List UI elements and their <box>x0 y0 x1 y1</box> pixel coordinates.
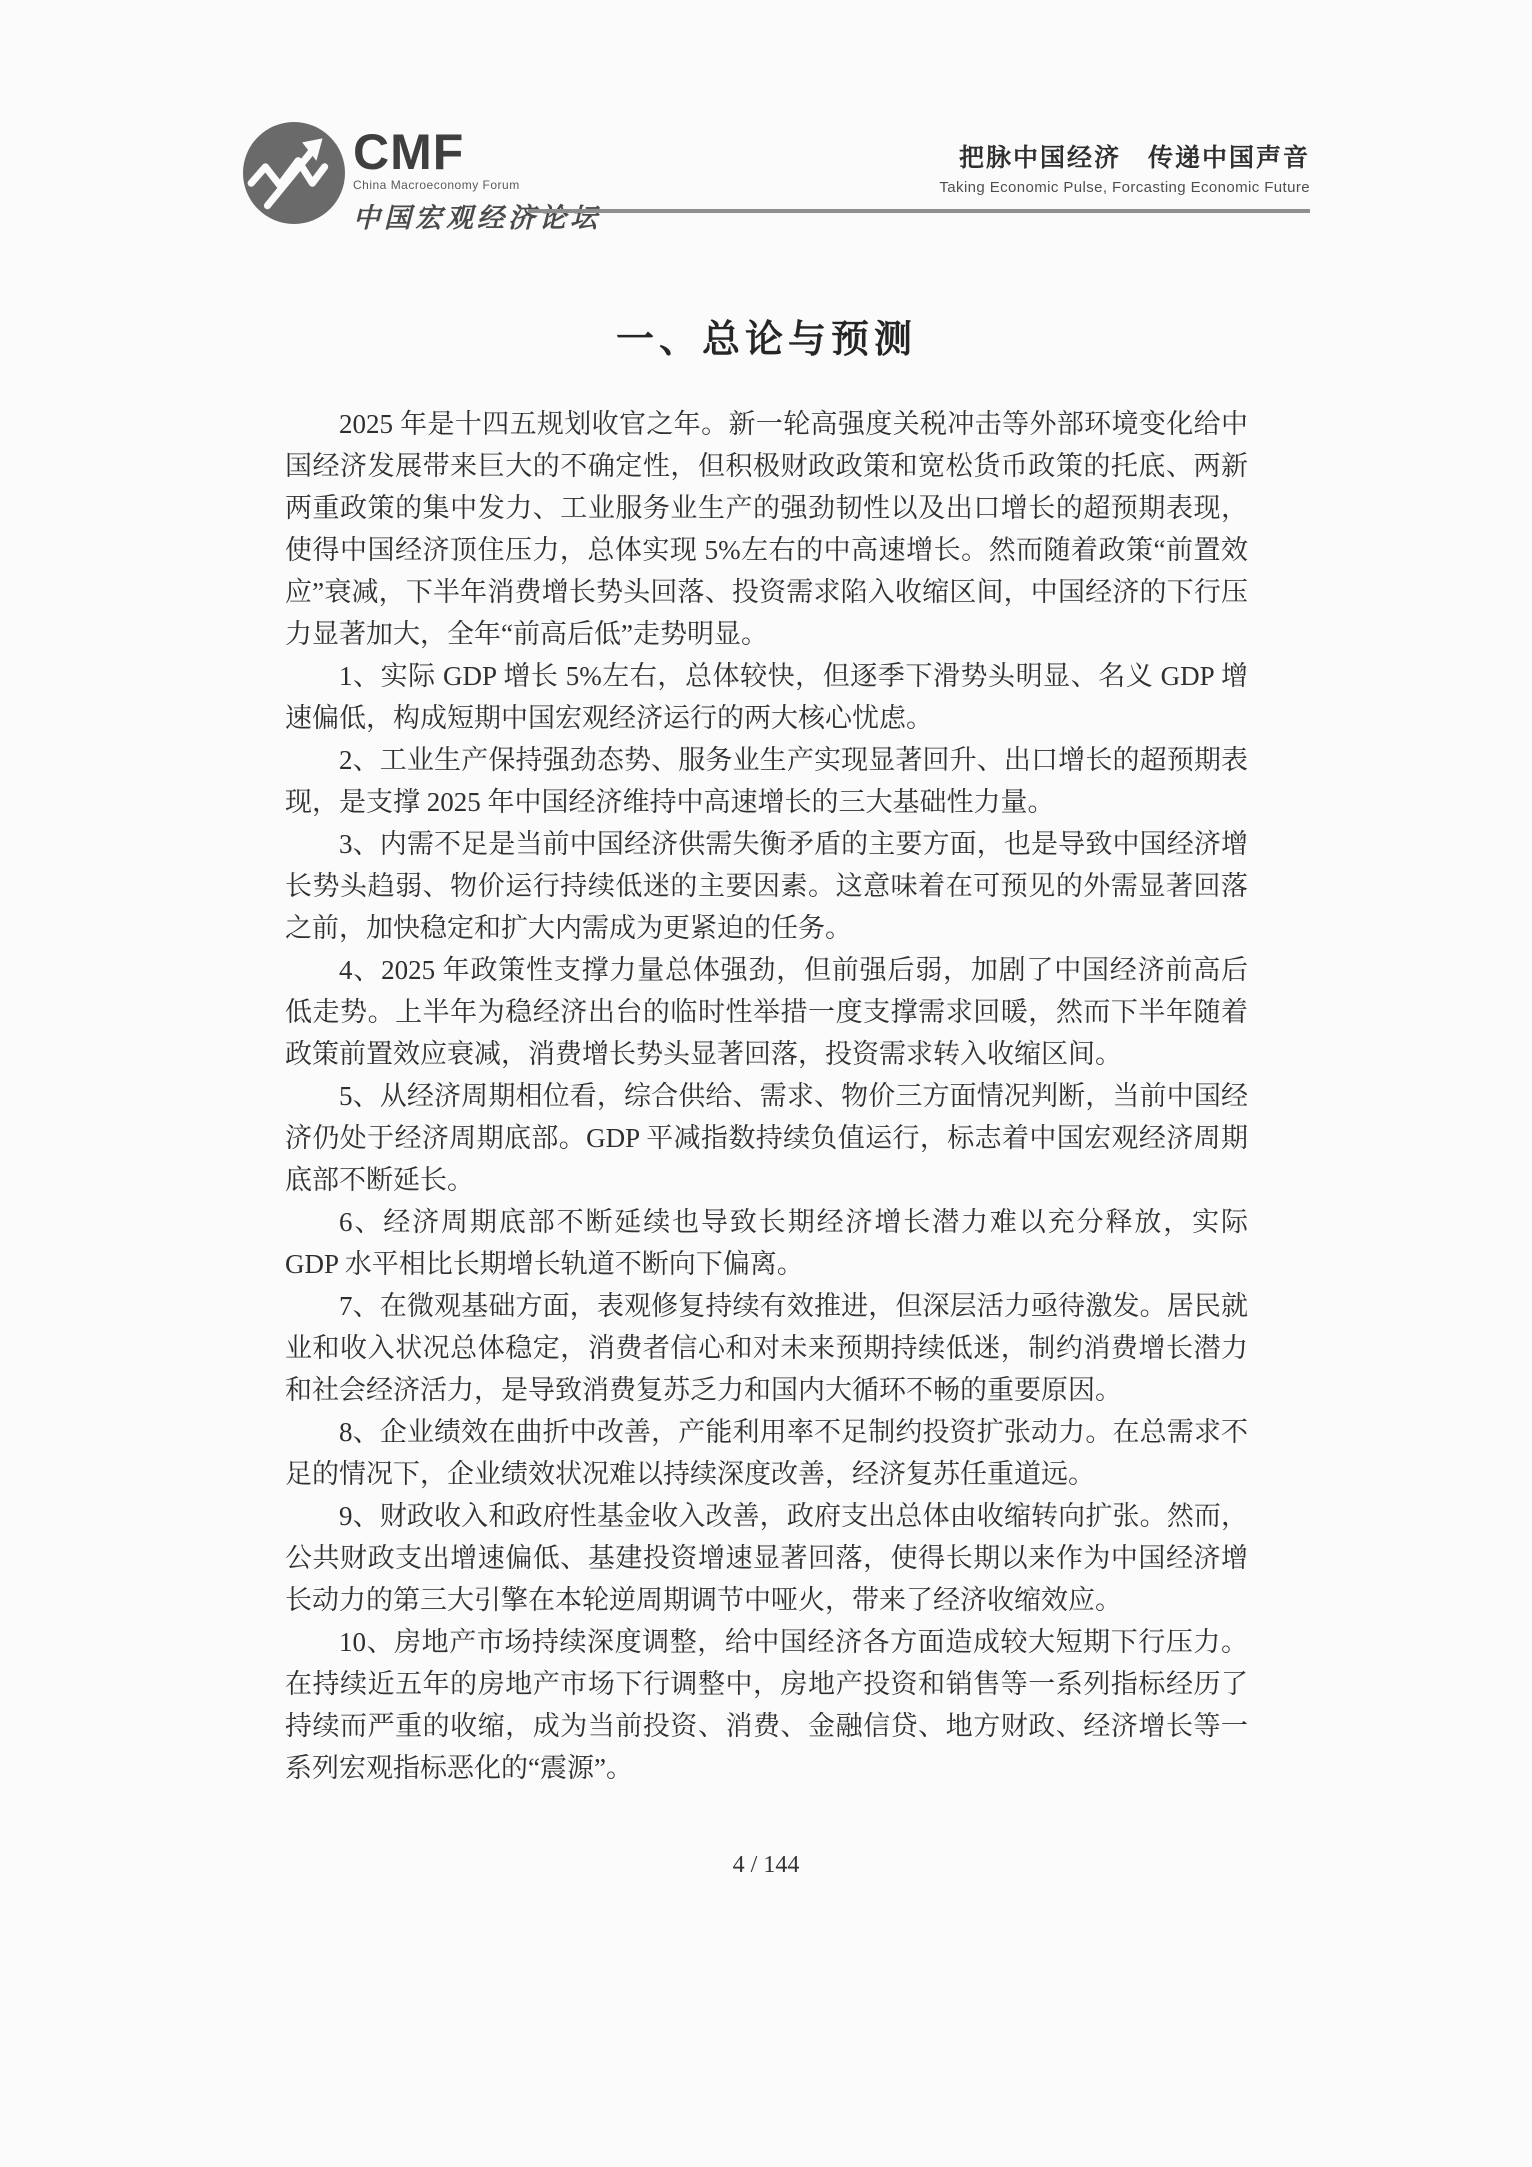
logo-name-cn: 中国宏观经济论坛 <box>353 196 601 235</box>
trend-chart-arrow-icon <box>243 122 345 224</box>
paragraph-item-1: 1、实际 GDP 增长 5%左右，总体较快，但逐季下滑势头明显、名义 GDP 增… <box>285 655 1248 739</box>
document-content: 一、总论与预测 2025 年是十四五规划收官之年。新一轮高强度关税冲击等外部环境… <box>285 308 1248 1789</box>
slogan-english: Taking Economic Pulse, Forcasting Econom… <box>939 179 1310 196</box>
paragraph-item-3: 3、内需不足是当前中国经济供需失衡矛盾的主要方面，也是导致中国经济增长势头趋弱、… <box>285 823 1248 949</box>
page-header: CMF China Macroeconomy Forum 中国宏观经济论坛 把脉… <box>0 0 1532 250</box>
paragraph-intro: 2025 年是十四五规划收官之年。新一轮高强度关税冲击等外部环境变化给中国经济发… <box>285 403 1248 655</box>
cmf-logo: CMF China Macroeconomy Forum 中国宏观经济论坛 <box>243 122 601 235</box>
slogan-chinese: 把脉中国经济 传递中国声音 <box>939 138 1310 174</box>
page-number: 4 / 144 <box>733 1852 800 1878</box>
paragraph-item-2: 2、工业生产保持强劲态势、服务业生产实现显著回升、出口增长的超预期表现，是支撑 … <box>285 739 1248 823</box>
page-footer: 4 / 144 <box>0 1852 1532 1879</box>
paragraph-item-6: 6、经济周期底部不断延续也导致长期经济增长潜力难以充分释放，实际 GDP 水平相… <box>285 1201 1248 1285</box>
cmf-logo-text: CMF China Macroeconomy Forum 中国宏观经济论坛 <box>353 122 601 235</box>
paragraph-item-4: 4、2025 年政策性支撑力量总体强劲，但前强后弱，加剧了中国经济前高后低走势。… <box>285 949 1248 1075</box>
header-divider <box>528 209 1310 213</box>
document-page: CMF China Macroeconomy Forum 中国宏观经济论坛 把脉… <box>0 0 1532 2167</box>
paragraph-item-5: 5、从经济周期相位看，综合供给、需求、物价三方面情况判断，当前中国经济仍处于经济… <box>285 1075 1248 1201</box>
paragraph-item-9: 9、财政收入和政府性基金收入改善，政府支出总体由收缩转向扩张。然而，公共财政支出… <box>285 1495 1248 1621</box>
logo-name-en: China Macroeconomy Forum <box>353 178 601 192</box>
paragraph-item-7: 7、在微观基础方面，表观修复持续有效推进，但深层活力亟待激发。居民就业和收入状况… <box>285 1285 1248 1411</box>
paragraph-item-10: 10、房地产市场持续深度调整，给中国经济各方面造成较大短期下行压力。在持续近五年… <box>285 1621 1248 1789</box>
logo-acronym: CMF <box>353 128 601 176</box>
header-slogan: 把脉中国经济 传递中国声音 Taking Economic Pulse, For… <box>939 138 1310 196</box>
section-title: 一、总论与预测 <box>285 308 1248 363</box>
paragraph-item-8: 8、企业绩效在曲折中改善，产能利用率不足制约投资扩张动力。在总需求不足的情况下，… <box>285 1411 1248 1495</box>
